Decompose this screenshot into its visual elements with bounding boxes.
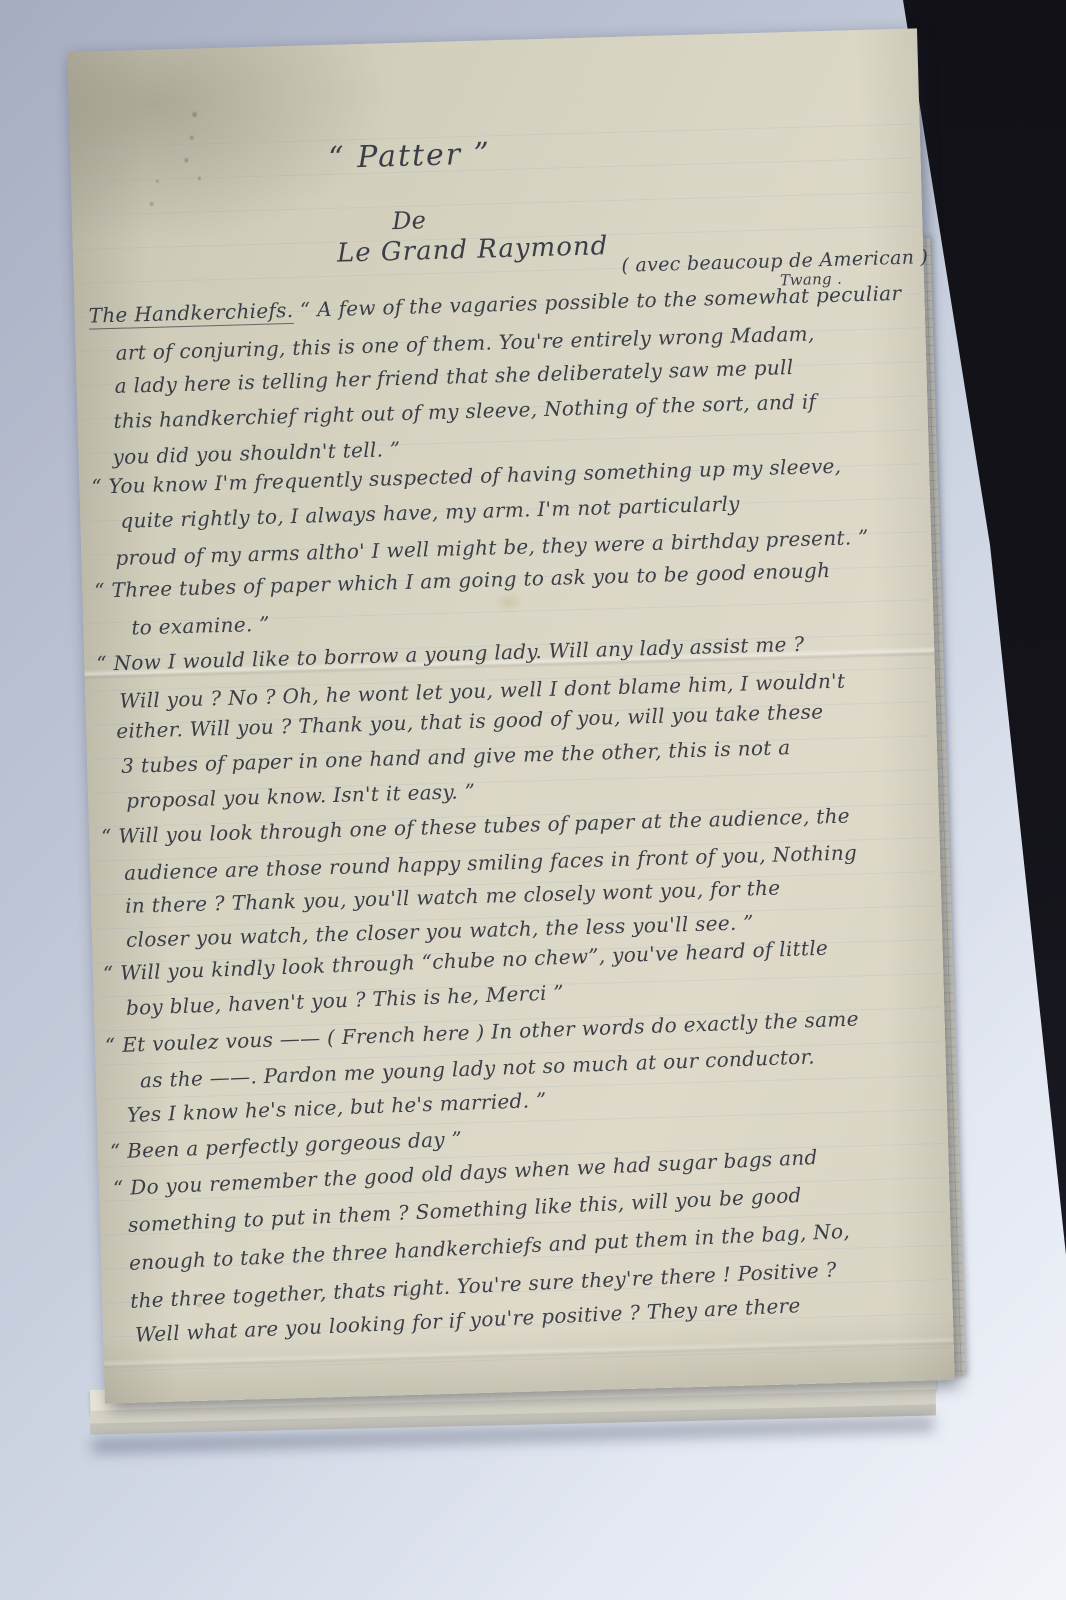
handwritten-line: proposal you know. Isn't it easy. ” xyxy=(126,779,476,813)
handwritten-line: “ Now I would like to borrow a young lad… xyxy=(96,632,805,676)
foxing-spot xyxy=(191,111,198,119)
handwritten-line: 3 tubes of paper in one hand and give me… xyxy=(121,735,791,778)
handwritten-line: to examine. ” xyxy=(131,612,270,640)
handwritten-line: boy blue, haven't you ? This is he, Merc… xyxy=(126,980,565,1020)
handwritten-line: you did you shouldn't tell. ” xyxy=(112,437,400,469)
foxing-spot xyxy=(197,175,202,181)
foxing-spot xyxy=(155,179,160,184)
handwritten-line: Yes I know he's nice, but he's married. … xyxy=(127,1088,547,1127)
annotation-text: ( avec beaucoup de American ) xyxy=(621,246,928,277)
stain xyxy=(493,592,526,613)
page-title: “ Patter ” xyxy=(328,136,492,177)
foxing-spot xyxy=(183,157,189,164)
handwritten-line: The Handkerchiefs. “ A few of the vagari… xyxy=(88,281,901,328)
photo-of-manuscript: “ Patter ” De Le Grand Raymond ( avec be… xyxy=(0,0,1066,1600)
manuscript-page: “ Patter ” De Le Grand Raymond ( avec be… xyxy=(67,28,954,1403)
title-de: De xyxy=(392,206,427,236)
foxing-spot xyxy=(148,201,154,207)
handwritten-line: “ Been a perfectly gorgeous day ” xyxy=(110,1127,463,1164)
opening-underlined: The Handkerchiefs. xyxy=(88,298,293,330)
handwritten-line: quite rightly to, I always have, my arm.… xyxy=(120,492,740,533)
foxing-spot xyxy=(189,135,195,141)
author-name: Le Grand Raymond xyxy=(337,231,609,270)
handwritten-line: this handkerchief right out of my sleeve… xyxy=(113,389,816,433)
opening-rest: “ A few of the vagaries possible to the … xyxy=(293,281,902,322)
margin-annotation: ( avec beaucoup de American ) Twang . xyxy=(621,246,928,277)
